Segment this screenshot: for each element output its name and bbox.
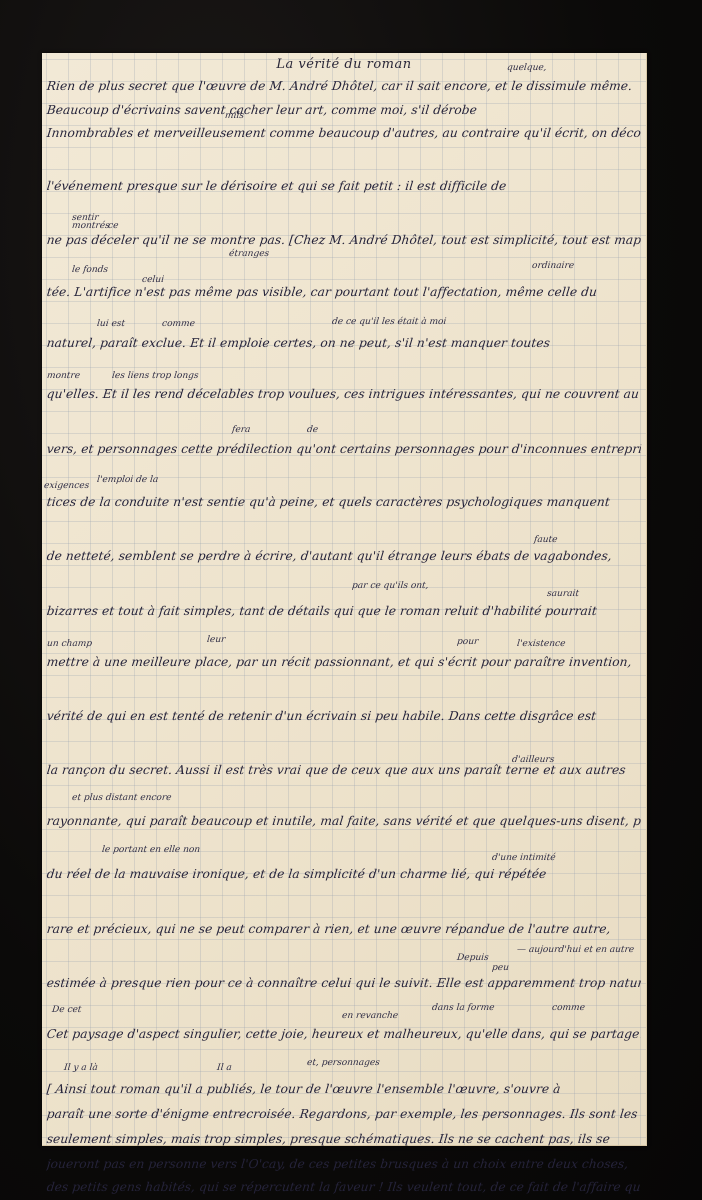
manuscript-line: mettre à une meilleure place, par un réc… [46, 655, 641, 669]
manuscript-line: la rançon du secret. Aussi il est très v… [46, 763, 641, 777]
interlinear-insertion: et, personnages [306, 1058, 380, 1068]
manuscript-line: du réel de la mauvaise ironique, et de l… [46, 867, 641, 881]
manuscript-line: vérité de qui en est tenté de retenir d'… [46, 709, 641, 723]
interlinear-insertion: quelque, [506, 63, 547, 73]
manuscript-line: l'événement presque sur le dérisoire et … [46, 179, 641, 193]
manuscript-line: tée. L'artifice n'est pas même pas visib… [46, 285, 641, 299]
manuscript-line: ne pas déceler qu'il ne se montre pas. [… [46, 233, 641, 247]
interlinear-insertion: pour [456, 637, 478, 647]
interlinear-insertion: par ce qu'ils ont, [351, 581, 429, 591]
manuscript-line: Rien de plus secret que l'œuvre de M. An… [46, 79, 641, 93]
interlinear-insertion: l'emploi de la [96, 475, 158, 485]
manuscript-line: Beaucoup d'écrivains savent cacher leur … [46, 103, 641, 117]
interlinear-insertion: Il y a là [63, 1063, 98, 1073]
interlinear-insertion: De cet [51, 1005, 81, 1015]
manuscript-line: paraît une sorte d'énigme entrecroisée. … [46, 1107, 641, 1121]
manuscript-line: des petits gens habités, qui se répercut… [46, 1180, 641, 1194]
interlinear-insertion: mils [224, 111, 244, 121]
interlinear-insertion: ordinaire [531, 261, 574, 271]
interlinear-insertion: Depuis [456, 953, 489, 963]
manuscript-line: bizarres et tout à fait simples, tant de… [46, 604, 641, 618]
interlinear-insertion: exigences [43, 481, 89, 491]
interlinear-insertion: d'ailleurs [511, 755, 554, 765]
interlinear-insertion: lui est [96, 319, 125, 329]
manuscript-line: rare et précieux, qui ne se peut compare… [46, 922, 641, 936]
interlinear-insertion: de ce qu'il les était à moi [331, 317, 446, 327]
manuscript-line: Cet paysage d'aspect singulier, cette jo… [46, 1027, 641, 1041]
interlinear-insertion: d'une intimité [491, 853, 556, 863]
manuscript-line: [ Ainsi tout roman qu'il a publiés, le t… [46, 1082, 641, 1096]
interlinear-insertion: ce [107, 221, 118, 231]
page-title: La vérité du roman [42, 57, 646, 72]
interlinear-insertion: peu [491, 963, 509, 973]
manuscript-line: seulement simples, mais trop simples, pr… [46, 1132, 641, 1146]
interlinear-insertion: l'existence [516, 639, 565, 649]
manuscript-line: Innombrables et merveilleusement comme b… [46, 126, 641, 140]
interlinear-insertion: et plus distant encore [71, 793, 172, 803]
interlinear-insertion: dans la forme [431, 1003, 494, 1013]
interlinear-insertion: étranges [228, 249, 269, 259]
interlinear-insertion: les liens trop longs [111, 371, 199, 381]
manuscript-line: tices de la conduite n'est sentie qu'à p… [46, 495, 641, 509]
interlinear-insertion: le fonds [71, 265, 108, 275]
manuscript-line: joueront pas en personne vers l'O'cay, d… [46, 1157, 641, 1171]
interlinear-insertion: comme [551, 1003, 585, 1013]
interlinear-insertion: le portant en elle non [101, 845, 200, 855]
interlinear-insertion: en revanche [341, 1011, 398, 1021]
manuscript-line: de netteté, semblent se perdre à écrire,… [46, 549, 641, 563]
interlinear-insertion: comme [161, 319, 195, 329]
interlinear-insertion: celui [141, 275, 164, 285]
manuscript-line: rayonnante, qui paraît beaucoup et inuti… [46, 814, 641, 828]
manuscript-page: La vérité du roman Rien de plus secret q… [42, 53, 647, 1146]
interlinear-insertion: Il a [216, 1063, 232, 1073]
interlinear-insertion: un champ [46, 639, 92, 649]
interlinear-insertion: saurait [546, 589, 579, 599]
interlinear-insertion: montre [46, 371, 80, 381]
manuscript-line: vers, et personnages cette prédilection … [46, 442, 641, 456]
interlinear-insertion: montrés [71, 221, 110, 231]
manuscript-line: naturel, paraît exclue. Et il emploie ce… [46, 336, 641, 350]
manuscript-line: qu'elles. Et il les rend décelables trop… [46, 387, 641, 401]
interlinear-insertion: de [306, 425, 318, 435]
interlinear-insertion: — aujourd'hui et en autre [516, 945, 634, 955]
manuscript-line: estimée à presque rien pour ce à connaît… [46, 976, 641, 990]
interlinear-insertion: fera [231, 425, 250, 435]
interlinear-insertion: faute [533, 535, 557, 545]
interlinear-insertion: leur [206, 635, 225, 645]
